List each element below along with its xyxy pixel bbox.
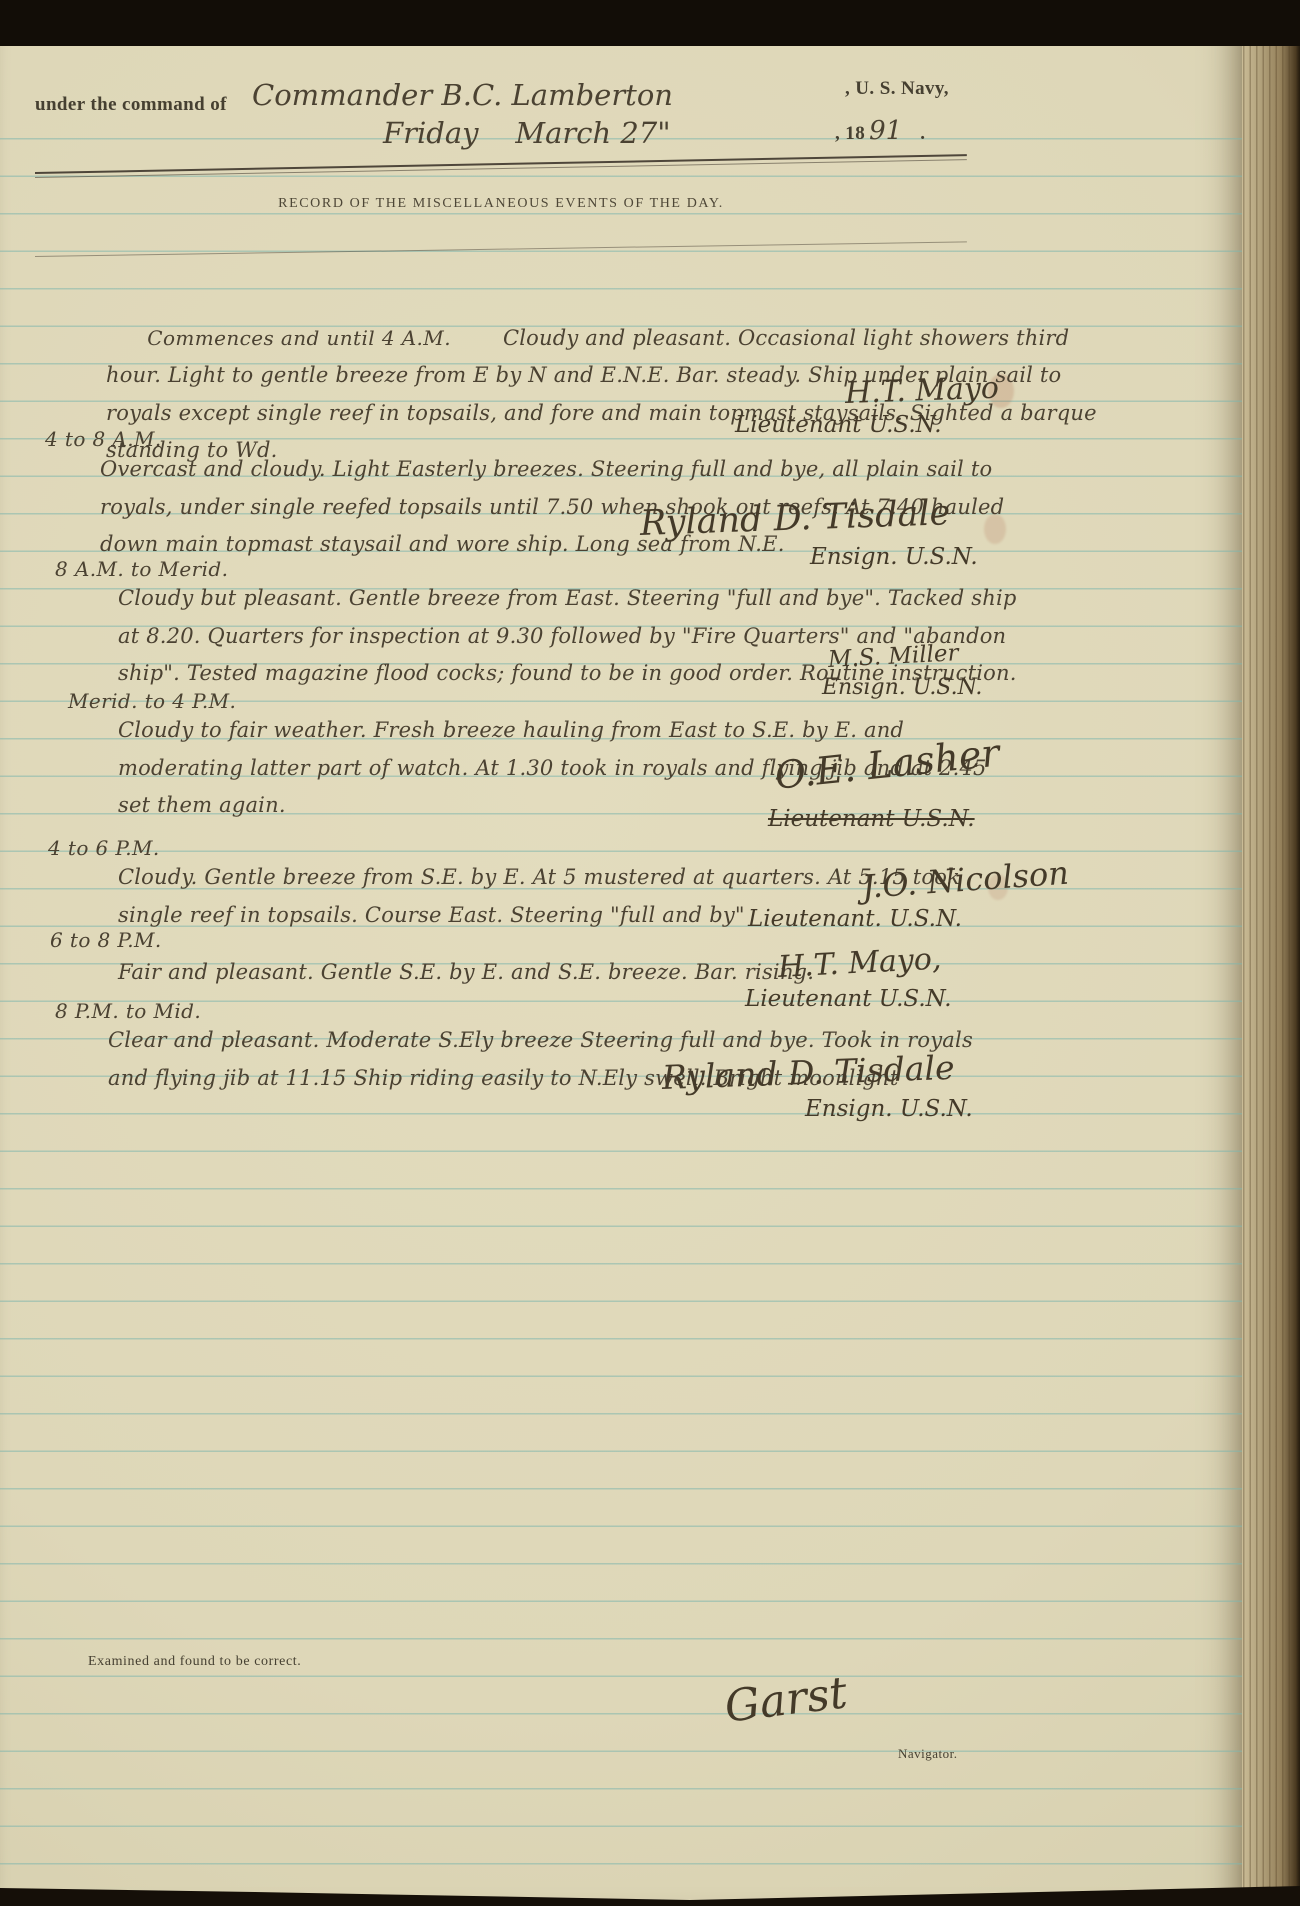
signature-name: H.T. Mayo	[844, 371, 999, 411]
section-title: RECORD OF THE MISCELLANEOUS EVENTS OF TH…	[35, 196, 967, 212]
signature-rank: Lieutenant U.S.N.	[745, 986, 952, 1012]
commander-name-handwritten: Commander B.C. Lamberton	[252, 78, 673, 112]
entry-heading: 8 A.M. to Merid.	[55, 557, 228, 581]
signature-rank: Ensign. U.S.N.	[810, 544, 978, 570]
navigator-label: Navigator.	[898, 1746, 958, 1762]
entry-heading: 4 to 8 A.M.	[45, 427, 162, 451]
signature-rank: Ensign. U.S.N.	[805, 1096, 973, 1122]
book-binding-top	[0, 0, 1300, 46]
year-suffix: .	[920, 123, 925, 145]
year-handwritten: 91	[869, 116, 902, 146]
signature-rank: Lieutenant U.S.N.	[735, 412, 942, 438]
page-stack-edge	[1238, 0, 1300, 1906]
logbook-page: under the command of Commander B.C. Lamb…	[0, 6, 1242, 1906]
year-line: , 18 91 .	[835, 116, 925, 146]
signature-rank: Ensign. U.S.N.	[822, 675, 982, 700]
entry-heading: Commences and until 4 A.M.	[147, 326, 451, 350]
command-prefix-label: under the command of	[35, 94, 227, 116]
entry-heading: Merid. to 4 P.M.	[68, 689, 236, 713]
navy-label: , U. S. Navy,	[845, 78, 949, 100]
entry-heading: 4 to 6 P.M.	[48, 836, 160, 860]
date-handwritten: Friday March 27"	[383, 116, 671, 150]
entry-heading: 8 P.M. to Mid.	[55, 999, 201, 1023]
signature-rank: Lieutenant. U.S.N.	[748, 906, 962, 932]
entry-heading: 6 to 8 P.M.	[50, 928, 162, 952]
logbook-scan: under the command of Commander B.C. Lamb…	[0, 0, 1300, 1906]
year-prefix-printed: , 18	[835, 123, 865, 145]
examined-note: Examined and found to be correct.	[88, 1654, 301, 1670]
signature-rank-struck: Lieutenant U.S.N.	[768, 806, 975, 832]
